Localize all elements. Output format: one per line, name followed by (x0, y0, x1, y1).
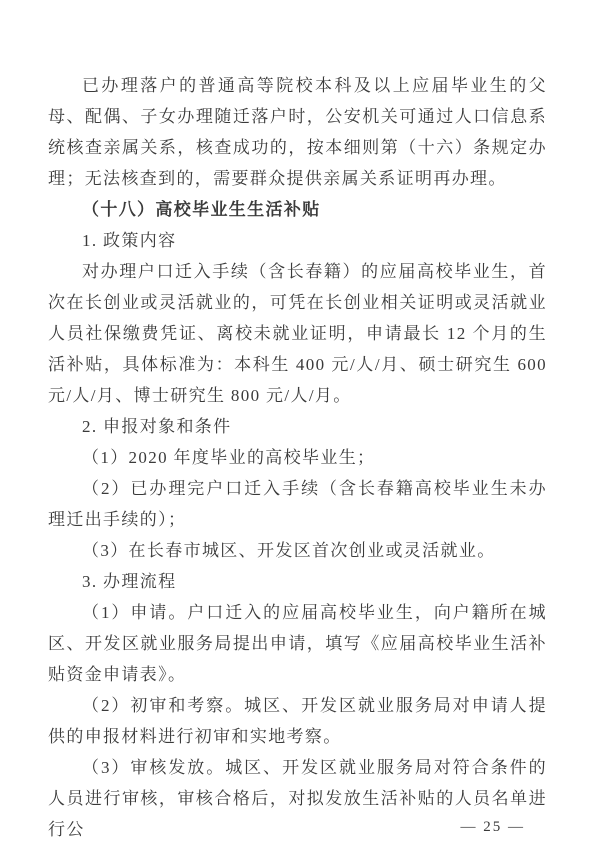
paragraph: （1）2020 年度毕业的高校毕业生； (48, 442, 547, 473)
document-body: 已办理落户的普通高等院校本科及以上应届毕业生的父母、配偶、子女办理随迁落户时，公… (48, 70, 547, 845)
paragraph: 2. 申报对象和条件 (48, 411, 547, 442)
paragraph: 1. 政策内容 (48, 225, 547, 256)
paragraph: （3）在长春市城区、开发区首次创业或灵活就业。 (48, 535, 547, 566)
document-page: 已办理落户的普通高等院校本科及以上应届毕业生的父母、配偶、子女办理随迁落户时，公… (0, 0, 589, 858)
paragraph: （2）已办理完户口迁入手续（含长春籍高校毕业生未办理迁出手续的）； (48, 473, 547, 535)
paragraph: （1）申请。户口迁入的应届高校毕业生，向户籍所在城区、开发区就业服务局提出申请，… (48, 597, 547, 690)
paragraph: （2）初审和考察。城区、开发区就业服务局对申请人提供的申报材料进行初审和实地考察… (48, 690, 547, 752)
paragraph: 3. 办理流程 (48, 566, 547, 597)
page-number: — 25 — (461, 819, 526, 836)
section-heading: （十八）高校毕业生生活补贴 (48, 194, 547, 225)
paragraph: 已办理落户的普通高等院校本科及以上应届毕业生的父母、配偶、子女办理随迁落户时，公… (48, 70, 547, 194)
paragraph: 对办理户口迁入手续（含长春籍）的应届高校毕业生，首次在长创业或灵活就业的，可凭在… (48, 256, 547, 411)
